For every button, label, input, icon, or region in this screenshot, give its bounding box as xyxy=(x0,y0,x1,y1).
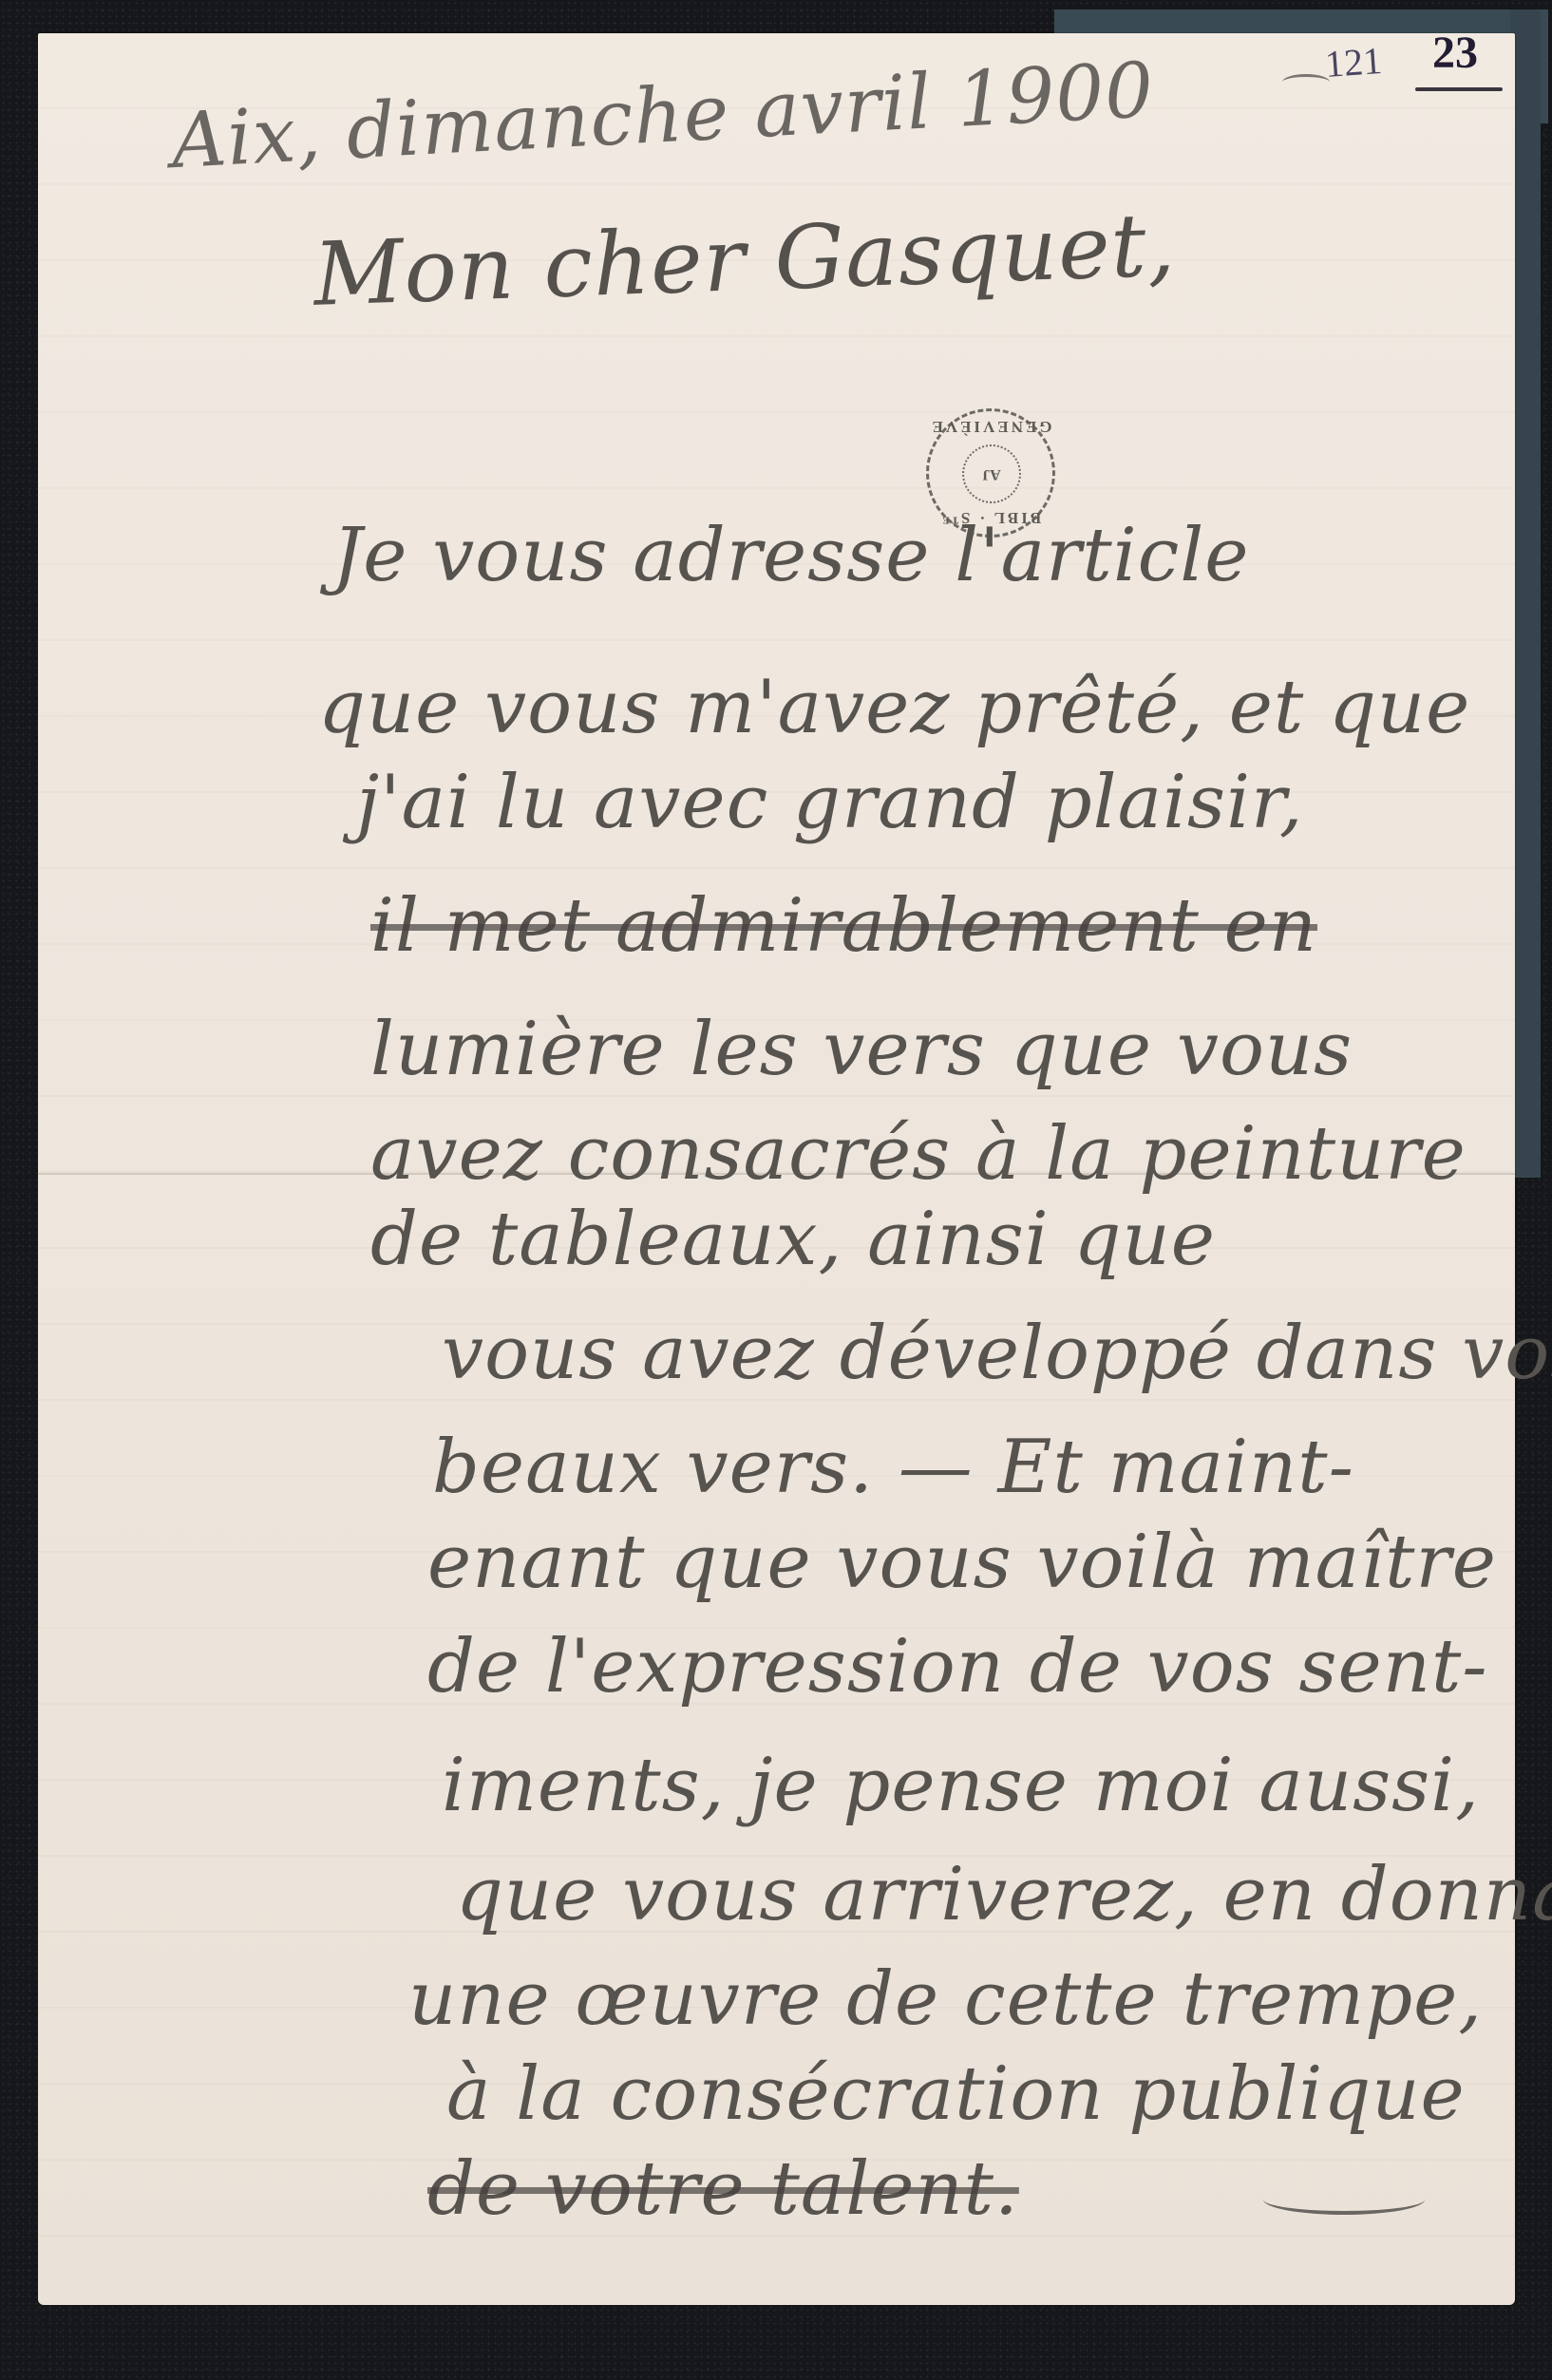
letter-line: j'ai lu avec grand plaisir, xyxy=(356,760,1304,845)
letter-line: beaux vers. — Et maint- xyxy=(432,1425,1354,1510)
folio-old-number: 121 xyxy=(1323,38,1383,86)
folio-underline xyxy=(1415,87,1503,91)
letter-line: que vous m'avez prêté, et que xyxy=(318,665,1470,750)
stamp-ring-bottom-text: GENEVIÈVE xyxy=(929,417,1052,436)
closing-flourish xyxy=(1263,2184,1425,2215)
letter-line: lumière les vers que vous xyxy=(370,1007,1353,1092)
letter-line: enant que vous voilà maître xyxy=(427,1520,1497,1605)
letter-line: de votre talent. xyxy=(427,2146,1019,2232)
letter-line: Je vous adresse l'article xyxy=(332,513,1249,598)
letter-line: de l'expression de vos sent- xyxy=(427,1624,1488,1709)
stamp-center: AJ xyxy=(962,444,1021,503)
letter-line: vous avez développé dans vos xyxy=(442,1311,1552,1396)
letter-line: il met admirablement en xyxy=(370,883,1317,969)
letter-line: que vous arriverez, en donnant xyxy=(456,1852,1552,1937)
letter-line: iments, je pense moi aussi, xyxy=(442,1743,1480,1828)
letter-line: à la consécration publique xyxy=(446,2051,1466,2137)
folio-number: 23 xyxy=(1432,27,1478,79)
letter-line: une œuvre de cette trempe, xyxy=(408,1956,1483,2042)
folio-strike-mark xyxy=(1282,74,1330,90)
letter-line: de tableaux, ainsi que xyxy=(370,1197,1216,1282)
letter-line: avez consacrés à la peinture xyxy=(370,1111,1467,1197)
